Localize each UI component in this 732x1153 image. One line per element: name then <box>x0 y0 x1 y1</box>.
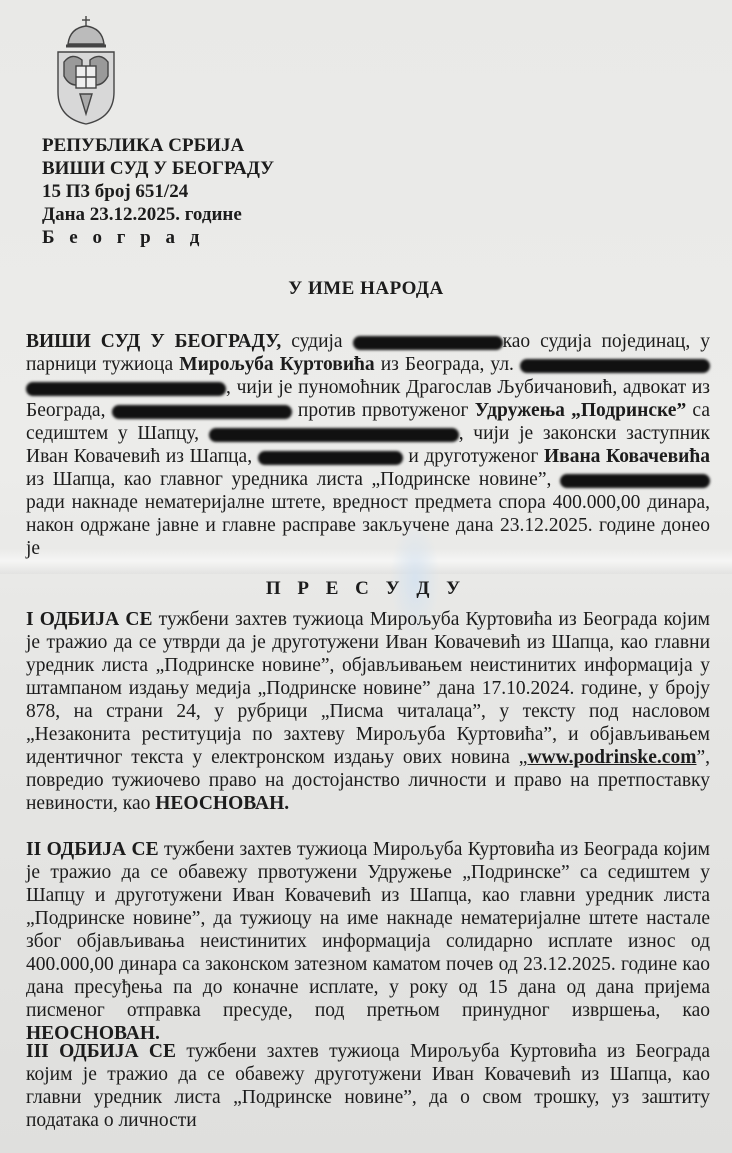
text: судија <box>281 331 352 352</box>
heading-in-the-name-of-the-people: У ИМЕ НАРОДА <box>0 278 732 300</box>
plaintiff-name: Мирољуба Куртовића <box>179 354 374 375</box>
verdict-item-1: I ОДБИЈА СЕ тужбени захтев тужиоца Мирољ… <box>26 608 710 815</box>
ruling-unfounded: НЕОСНОВАН. <box>155 793 289 814</box>
redaction <box>112 405 292 419</box>
first-defendant-name: Удружења „Подринске” <box>475 400 687 421</box>
text: тужбени захтев тужиоца Мирољуба Куртовић… <box>26 609 710 768</box>
verdict-item-3: III ОДБИЈА СЕ тужбени захтев тужиоца Мир… <box>26 1040 710 1132</box>
court-name-bold: ВИШИ СУД У БЕОГРАДУ, <box>26 331 281 352</box>
redaction <box>353 336 503 350</box>
intro-paragraph: ВИШИ СУД У БЕОГРАДУ, судија као судија п… <box>26 330 710 560</box>
verdict-title: П Р Е С У Д У <box>0 578 732 600</box>
text: из Београда, ул. <box>375 354 520 375</box>
item-lead: I ОДБИЈА СЕ <box>26 609 153 630</box>
podrinske-link[interactable]: www.podrinske.com <box>527 747 696 768</box>
text: из Шапца, као главног уредника листа „По… <box>26 469 560 490</box>
text: тужбени захтев тужиоца Мирољуба Куртовић… <box>26 839 710 1021</box>
redaction <box>258 451 403 465</box>
serbian-coat-of-arms-icon <box>50 14 122 126</box>
document-date: Дана 23.12.2025. године <box>42 203 274 226</box>
text: и друготуженог <box>403 446 544 467</box>
text: против првотуженог <box>292 400 475 421</box>
document-header: РЕПУБЛИКА СРБИЈА ВИШИ СУД У БЕОГРАДУ 15 … <box>42 134 274 249</box>
second-defendant-name: Ивана Ковачевића <box>544 446 710 467</box>
verdict-item-2: II ОДБИЈА СЕ тужбени захтев тужиоца Миро… <box>26 838 710 1045</box>
item-lead: III ОДБИЈА СЕ <box>26 1041 176 1062</box>
city-name: Б е о г р а д <box>42 226 274 249</box>
case-number: 15 П3 број 651/24 <box>42 180 274 203</box>
redaction <box>26 382 226 396</box>
redaction <box>209 428 459 442</box>
court-name: ВИШИ СУД У БЕОГРАДУ <box>42 157 274 180</box>
item-lead: II ОДБИЈА СЕ <box>26 839 159 860</box>
country-name: РЕПУБЛИКА СРБИЈА <box>42 134 274 157</box>
text: ради накнаде нематеријалне штете, вредно… <box>26 492 710 559</box>
redaction <box>560 474 710 488</box>
redaction <box>520 359 710 373</box>
